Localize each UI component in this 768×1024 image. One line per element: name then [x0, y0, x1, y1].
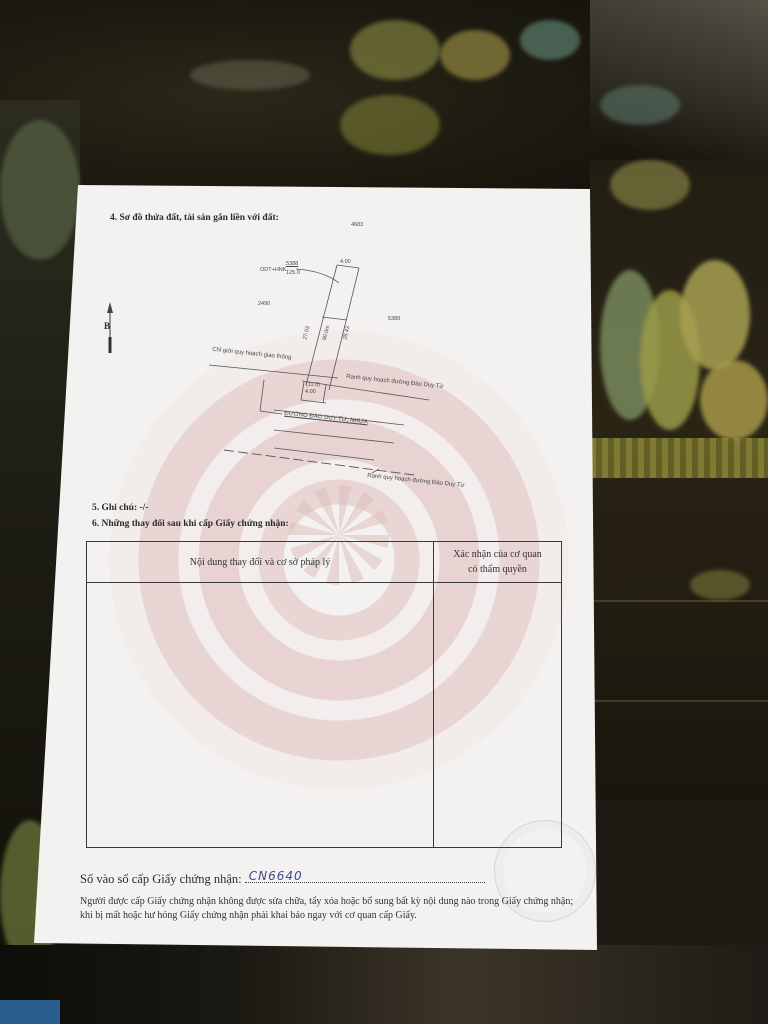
foliage-shape [0, 120, 80, 260]
plant-shape [690, 570, 750, 600]
foliage-shape [340, 95, 440, 155]
parcel-fraction-bottom: 125.0 [286, 270, 300, 276]
figure-shape [700, 360, 768, 440]
foliage-shape [440, 30, 510, 80]
column-header-content: Nội dung thay đổi và cơ sở pháp lý [87, 542, 433, 582]
land-certificate-page: 4. Sơ đồ thửa đất, tài sản gắn liền với … [34, 185, 598, 950]
foliage-shape [610, 160, 690, 210]
foliage-shape [350, 20, 440, 80]
parcel-map [34, 185, 598, 515]
registry-value-field: CN6640 [245, 870, 485, 883]
parcel-north-label: 4683 [351, 222, 363, 228]
floor-line [590, 600, 768, 602]
column-header-authority-line2: có thẩm quyền [468, 562, 527, 577]
column-header-authority-line1: Xác nhận của cơ quan [453, 547, 542, 562]
bg-bottom-reflection [0, 945, 768, 1024]
parcel-fraction-top: 5388 [286, 261, 298, 267]
registry-label: Số vào sổ cấp Giấy chứng nhận: [80, 872, 242, 886]
section-5-note: 5. Ghi chú: -/- [92, 503, 148, 513]
figure-shape [680, 260, 750, 370]
bg-blue-object [0, 1000, 60, 1024]
floor-line [590, 700, 768, 702]
parcel-callout-prefix: ODT+HNK [260, 267, 286, 273]
setback-area-label: (11.0) [306, 382, 320, 388]
bg-right-panel [590, 160, 768, 800]
changes-table: Nội dung thay đổi và cơ sở pháp lý Xác n… [86, 541, 562, 848]
north-arrow-label: B [104, 321, 110, 331]
registry-number-line: Số vào sổ cấp Giấy chứng nhận: CN6640 [80, 870, 485, 887]
parcel-west-label: 2490 [258, 301, 270, 307]
column-header-authority: Xác nhận của cơ quan có thẩm quyền [434, 542, 561, 582]
foliage-shape [600, 85, 680, 125]
width-top-label: 4.00 [340, 259, 351, 265]
registry-value: CN6640 [249, 869, 303, 883]
foliage-shape [520, 20, 580, 60]
width-bottom-label: 4.00 [305, 389, 316, 395]
cloud-shape [190, 60, 310, 90]
section-6-title: 6. Những thay đổi sau khi cấp Giấy chứng… [92, 519, 289, 529]
table-column-divider [433, 542, 434, 847]
decorative-railing [590, 438, 768, 478]
legal-notice: Người được cấp Giấy chứng nhận không đượ… [80, 895, 580, 923]
parcel-east-label: 5389 [388, 316, 400, 322]
